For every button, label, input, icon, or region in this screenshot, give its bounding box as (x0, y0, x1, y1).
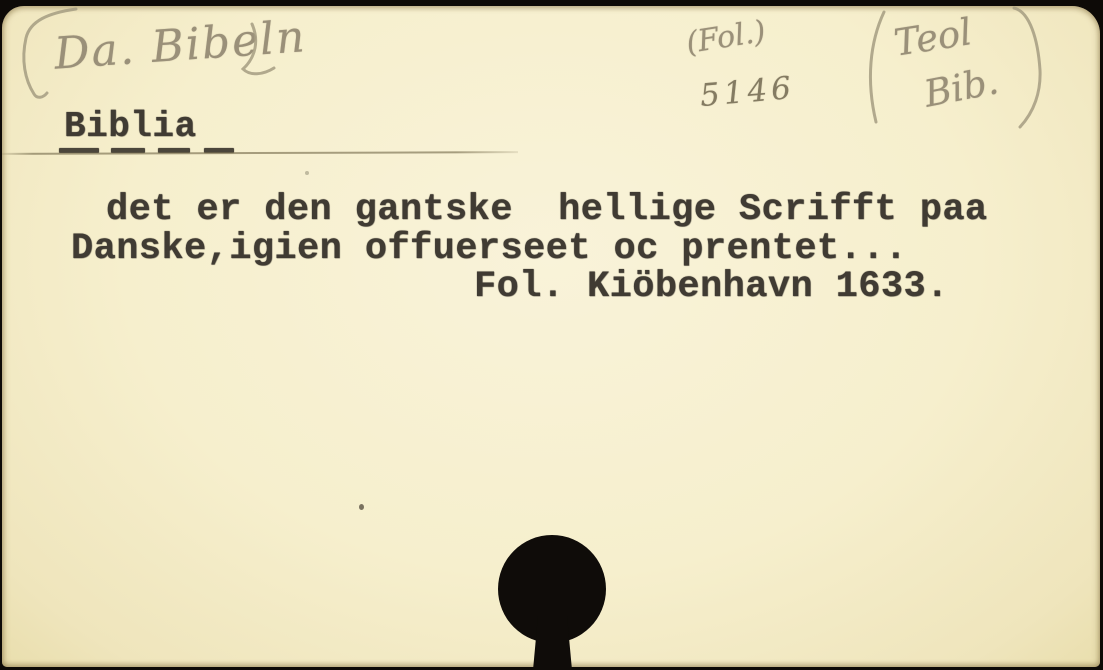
handwritten-shelf-number: 5146 (699, 70, 797, 114)
ink-speck (305, 171, 309, 175)
body-line-2: Danske,igien offuerseet oc prentet... (71, 228, 907, 270)
card-heading: Biblia (64, 106, 197, 147)
ink-speck (359, 504, 364, 510)
handwritten-collection-line1: Teol (891, 10, 975, 65)
handwritten-collection-line2: Bib. (921, 59, 1002, 115)
body-line-1: det er den gantske hellige Scrifft paa (106, 189, 988, 231)
handwritten-format-note: (Fol.) (684, 14, 768, 61)
catalog-card: Da. Bibeln (Fol.) 5146 Teol Bib. Biblia … (2, 6, 1100, 667)
pencil-rule-line (2, 151, 518, 155)
handwritten-title-annotation: Da. Bibeln (53, 11, 308, 79)
scan-background: Da. Bibeln (Fol.) 5146 Teol Bib. Biblia … (0, 0, 1103, 670)
body-line-3: Fol. Kiöbenhavn 1633. (474, 266, 949, 308)
